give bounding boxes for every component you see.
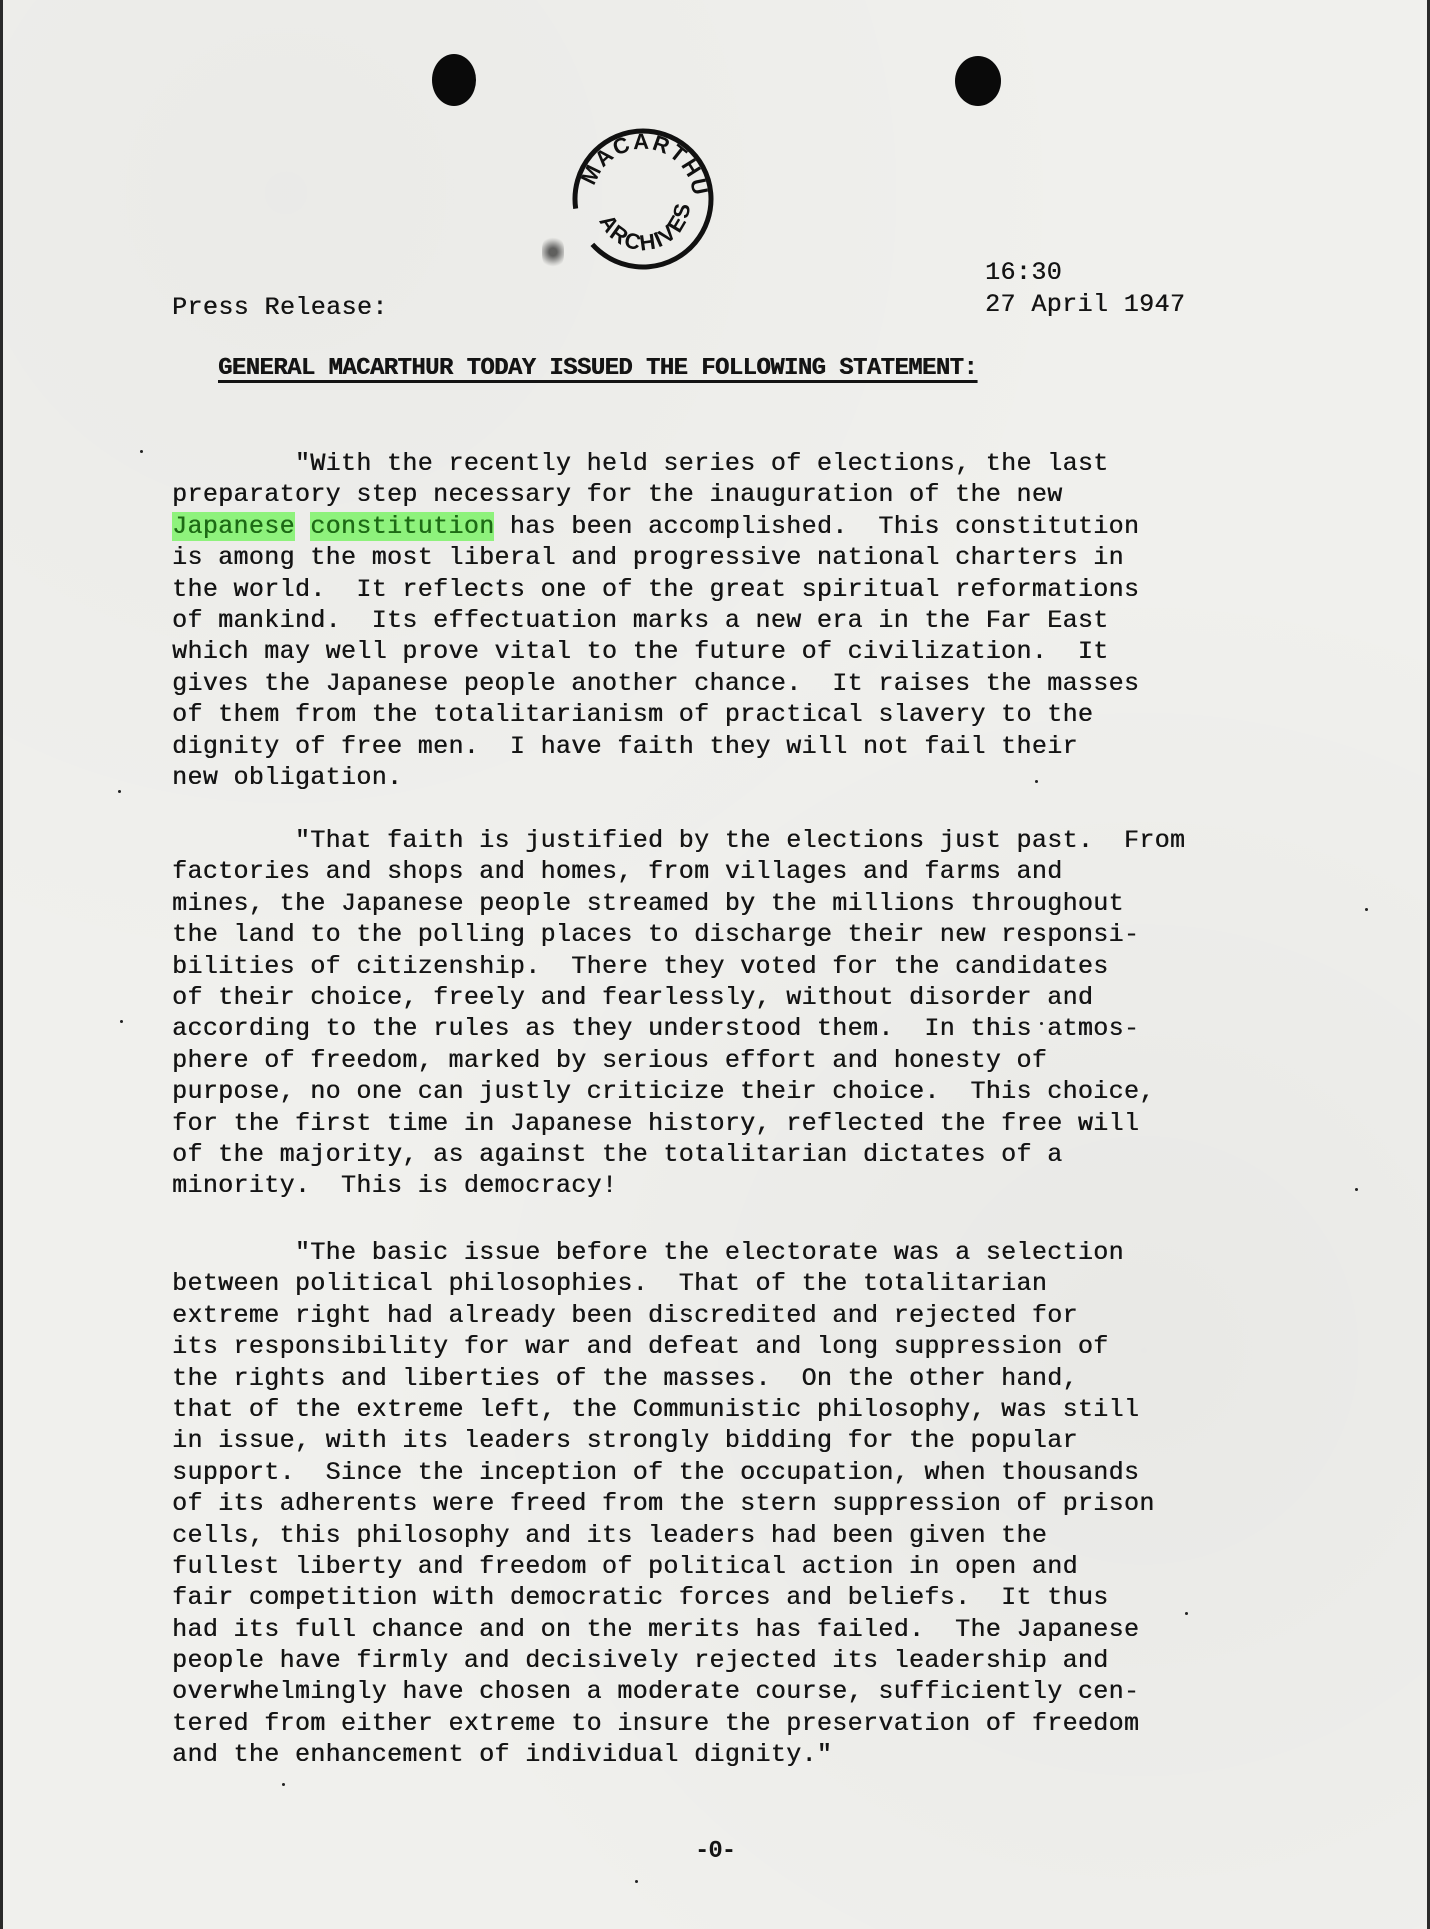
statement-heading: GENERAL MACARTHUR TODAY ISSUED THE FOLLO… — [218, 357, 977, 381]
paragraph-2: "That faith is justified by the election… — [172, 825, 1185, 1202]
svg-text:MACARTHUR: MACARTHUR — [568, 125, 713, 199]
stamp-bottom-text: ARCHIVES — [594, 200, 695, 256]
text-line: and the enhancement of individual dignit… — [172, 1739, 1155, 1770]
text-line: minority. This is democracy! — [172, 1170, 1185, 1201]
scan-border-left — [0, 0, 3, 1929]
text-line: the rights and liberties of the masses. … — [172, 1363, 1155, 1394]
text-line: had its full chance and on the merits ha… — [172, 1614, 1155, 1645]
text-line: for the first time in Japanese history, … — [172, 1108, 1185, 1139]
text-line: overwhelmingly have chosen a moderate co… — [172, 1676, 1155, 1707]
text-line: of the majority, as against the totalita… — [172, 1139, 1185, 1170]
text-line-highlighted: Japanese constitution has been accomplis… — [172, 511, 1139, 542]
text-line: of mankind. Its effectuation marks a new… — [172, 605, 1139, 636]
text-line: of their choice, freely and fearlessly, … — [172, 982, 1185, 1013]
scan-speck — [1035, 780, 1038, 783]
text-line: mines, the Japanese people streamed by t… — [172, 888, 1185, 919]
punch-hole-right — [955, 56, 1001, 106]
text-line: fair competition with democratic forces … — [172, 1582, 1155, 1613]
text-line: "The basic issue before the electorate w… — [172, 1237, 1155, 1268]
text-line: of its adherents were freed from the ste… — [172, 1488, 1155, 1519]
text-line: purpose, no one can justly criticize the… — [172, 1076, 1185, 1107]
paragraph-1: "With the recently held series of electi… — [172, 448, 1139, 793]
stamp-top-text: MACARTHUR — [568, 125, 713, 199]
punch-hole-left — [432, 54, 476, 106]
text-line: "With the recently held series of electi… — [172, 448, 1139, 479]
scan-speck — [635, 1880, 638, 1883]
text-line: dignity of free men. I have faith they w… — [172, 731, 1139, 762]
text-line: bilities of citizenship. There they vote… — [172, 951, 1185, 982]
stamp-seal-icon: MACARTHUR ARCHIVES — [568, 125, 718, 273]
press-release-label: Press Release: — [172, 295, 388, 320]
text-space — [295, 512, 310, 541]
text-line: tered from either extreme to insure the … — [172, 1708, 1155, 1739]
scan-speck — [1365, 908, 1368, 911]
text-line: people have firmly and decisively reject… — [172, 1645, 1155, 1676]
text-line: the world. It reflects one of the great … — [172, 574, 1139, 605]
text-line-rest: has been accomplished. This constitution — [494, 512, 1139, 541]
text-line: "That faith is justified by the election… — [172, 825, 1185, 856]
text-line: new obligation. — [172, 762, 1139, 793]
text-line: fullest liberty and freedom of political… — [172, 1551, 1155, 1582]
text-line: is among the most liberal and progressiv… — [172, 542, 1139, 573]
paragraph-3: "The basic issue before the electorate w… — [172, 1237, 1155, 1771]
text-line: cells, this philosophy and its leaders h… — [172, 1520, 1155, 1551]
ink-smudge — [542, 236, 564, 268]
text-line: which may well prove vital to the future… — [172, 636, 1139, 667]
text-line: that of the extreme left, the Communisti… — [172, 1394, 1155, 1425]
text-line: gives the Japanese people another chance… — [172, 668, 1139, 699]
text-line: between political philosophies. That of … — [172, 1268, 1155, 1299]
scan-speck — [120, 1020, 123, 1023]
text-line: its responsibility for war and defeat an… — [172, 1331, 1155, 1362]
macarthur-archives-stamp: MACARTHUR ARCHIVES — [568, 125, 718, 273]
scan-speck — [118, 790, 121, 793]
highlight-japanese: Japanese — [172, 512, 295, 541]
text-line: factories and shops and homes, from vill… — [172, 856, 1185, 887]
text-line: extreme right had already been discredit… — [172, 1300, 1155, 1331]
svg-text:ARCHIVES: ARCHIVES — [594, 200, 695, 256]
scan-speck — [140, 450, 143, 453]
scan-speck — [1185, 1612, 1188, 1615]
scan-speck — [282, 1783, 285, 1786]
page-marker: -0- — [695, 1838, 735, 1865]
text-line: the land to the polling places to discha… — [172, 919, 1185, 950]
highlight-constitution: constitution — [310, 512, 494, 541]
document-page: MACARTHUR ARCHIVES 16:30 27 April 1947 P… — [0, 0, 1430, 1929]
scan-speck — [1040, 1022, 1043, 1025]
text-line: of them from the totalitarianism of prac… — [172, 699, 1139, 730]
release-time: 16:30 — [985, 260, 1062, 285]
scan-speck — [1355, 1188, 1358, 1191]
text-line: preparatory step necessary for the inaug… — [172, 479, 1139, 510]
release-date: 27 April 1947 — [985, 292, 1185, 317]
text-line: in issue, with its leaders strongly bidd… — [172, 1425, 1155, 1456]
text-line: support. Since the inception of the occu… — [172, 1457, 1155, 1488]
text-line: phere of freedom, marked by serious effo… — [172, 1045, 1185, 1076]
text-line: according to the rules as they understoo… — [172, 1013, 1185, 1044]
